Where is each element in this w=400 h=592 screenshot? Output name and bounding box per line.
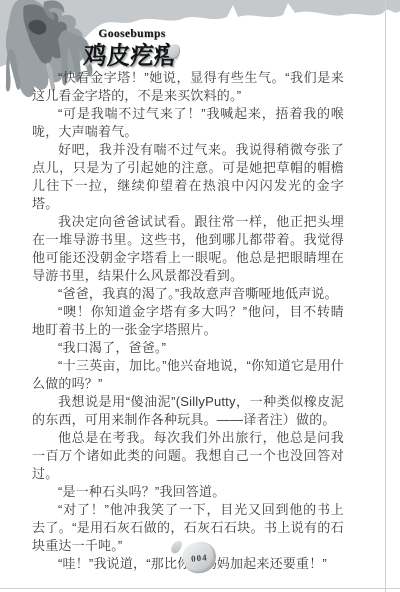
paragraph: “快看金字塔！”她说，显得有些生气。“我们是来这儿看金字塔的，不是来买饮料的。”: [32, 69, 344, 105]
paragraph: “可是我喘不过气来了！”我喊起来，捂着我的喉咙，大声喘着气。: [32, 105, 344, 141]
page-edge-right: [385, 0, 386, 592]
paragraph: 他总是在考我。每次我们外出旅行，他总是问我一百万个诸如此类的问题。我想自己一个也…: [32, 429, 344, 483]
paragraph: 我想说是用“傻油泥”(SillyPutty，一种类似橡皮泥的东西，可用来制作各种…: [32, 393, 344, 429]
book-page: Goosebumps 鸡皮疙瘩 “快看金字塔！”她说，显得有些生气。“我们是来这…: [0, 0, 400, 592]
paragraph: “我口渴了，爸爸。”: [32, 339, 344, 357]
paragraph: “噢！你知道金字塔有多大吗？”他问，目不转睛地盯着书上的一张金字塔照片。: [32, 303, 344, 339]
page-edge-bottom: [0, 588, 400, 589]
series-title: 鸡皮疙瘩: [83, 36, 175, 72]
paragraph: “十三英亩，加比。”他兴奋地说，“你知道它是用什么做的吗？”: [32, 357, 344, 393]
paragraph: “是一种石头吗？”我回答道。: [32, 483, 344, 501]
paragraph: 好吧，我并没有喘不过气来。我说得稍微夸张了点儿，只是为了引起她的注意。可是她把草…: [32, 141, 344, 213]
paragraph: “爸爸，我真的渴了。”我故意声音嘶哑地低声说。: [32, 285, 344, 303]
paragraph: 我决定向爸爸试试看。跟往常一样，他正把头埋在一堆导游书里。这些书，他到哪儿都带着…: [32, 213, 344, 285]
page-number: 004: [191, 552, 208, 563]
story-text: “快看金字塔！”她说，显得有些生气。“我们是来这儿看金字塔的，不是来买饮料的。”…: [32, 69, 344, 573]
